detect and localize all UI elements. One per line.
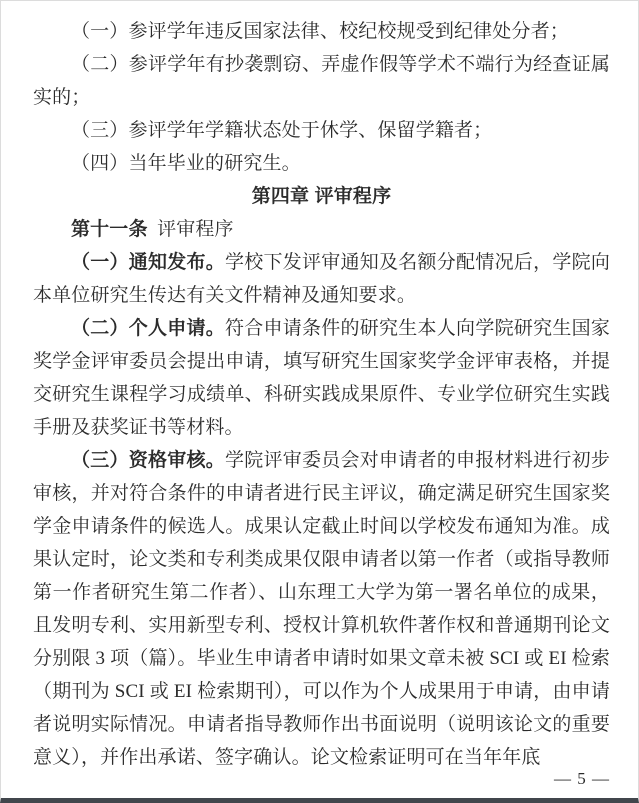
procedure-item-2: （二）个人申请。符合申请条件的研究生本人向学院研究生国家奖学金评审委员会提出申请… [33, 312, 610, 444]
article-number: 第十一条 [71, 219, 148, 240]
procedure-item-3-title: 资格审核。 [129, 450, 225, 471]
page-number: — 5 — [554, 769, 610, 789]
document-body: （一）参评学年违反国家法律、校纪校规受到纪律处分者； （二）参评学年有抄袭剽窃、… [33, 15, 610, 774]
procedure-item-1: （一）通知发布。学校下发评审通知及名额分配情况后，学院向本单位研究生传达有关文件… [33, 246, 610, 312]
article-title: 评审程序 [157, 219, 234, 240]
procedure-item-1-marker: （一） [71, 252, 129, 273]
procedure-item-3-body: 学院评审委员会对申请者的申报材料进行初步审核，并对符合条件的申请者进行民主评议，… [33, 450, 610, 768]
procedure-item-3-marker: （三） [71, 450, 129, 471]
procedure-item-3: （三）资格审核。学院评审委员会对申请者的申报材料进行初步审核，并对符合条件的申请… [33, 444, 610, 774]
procedure-item-2-title: 个人申请。 [129, 318, 225, 339]
procedure-item-1-title: 通知发布。 [129, 252, 225, 273]
document-page: （一）参评学年违反国家法律、校纪校规受到纪律处分者； （二）参评学年有抄袭剽窃、… [0, 0, 639, 803]
article-line: 第十一条评审程序 [33, 213, 610, 246]
chapter-heading: 第四章 评审程序 [33, 180, 610, 213]
procedure-item-2-marker: （二） [71, 318, 129, 339]
exclusion-item-2: （二）参评学年有抄袭剽窃、弄虚作假等学术不端行为经查证属实的； [33, 48, 610, 114]
exclusion-item-1: （一）参评学年违反国家法律、校纪校规受到纪律处分者； [33, 15, 610, 48]
exclusion-item-4: （四）当年毕业的研究生。 [33, 147, 610, 180]
exclusion-item-3: （三）参评学年学籍状态处于休学、保留学籍者； [33, 114, 610, 147]
